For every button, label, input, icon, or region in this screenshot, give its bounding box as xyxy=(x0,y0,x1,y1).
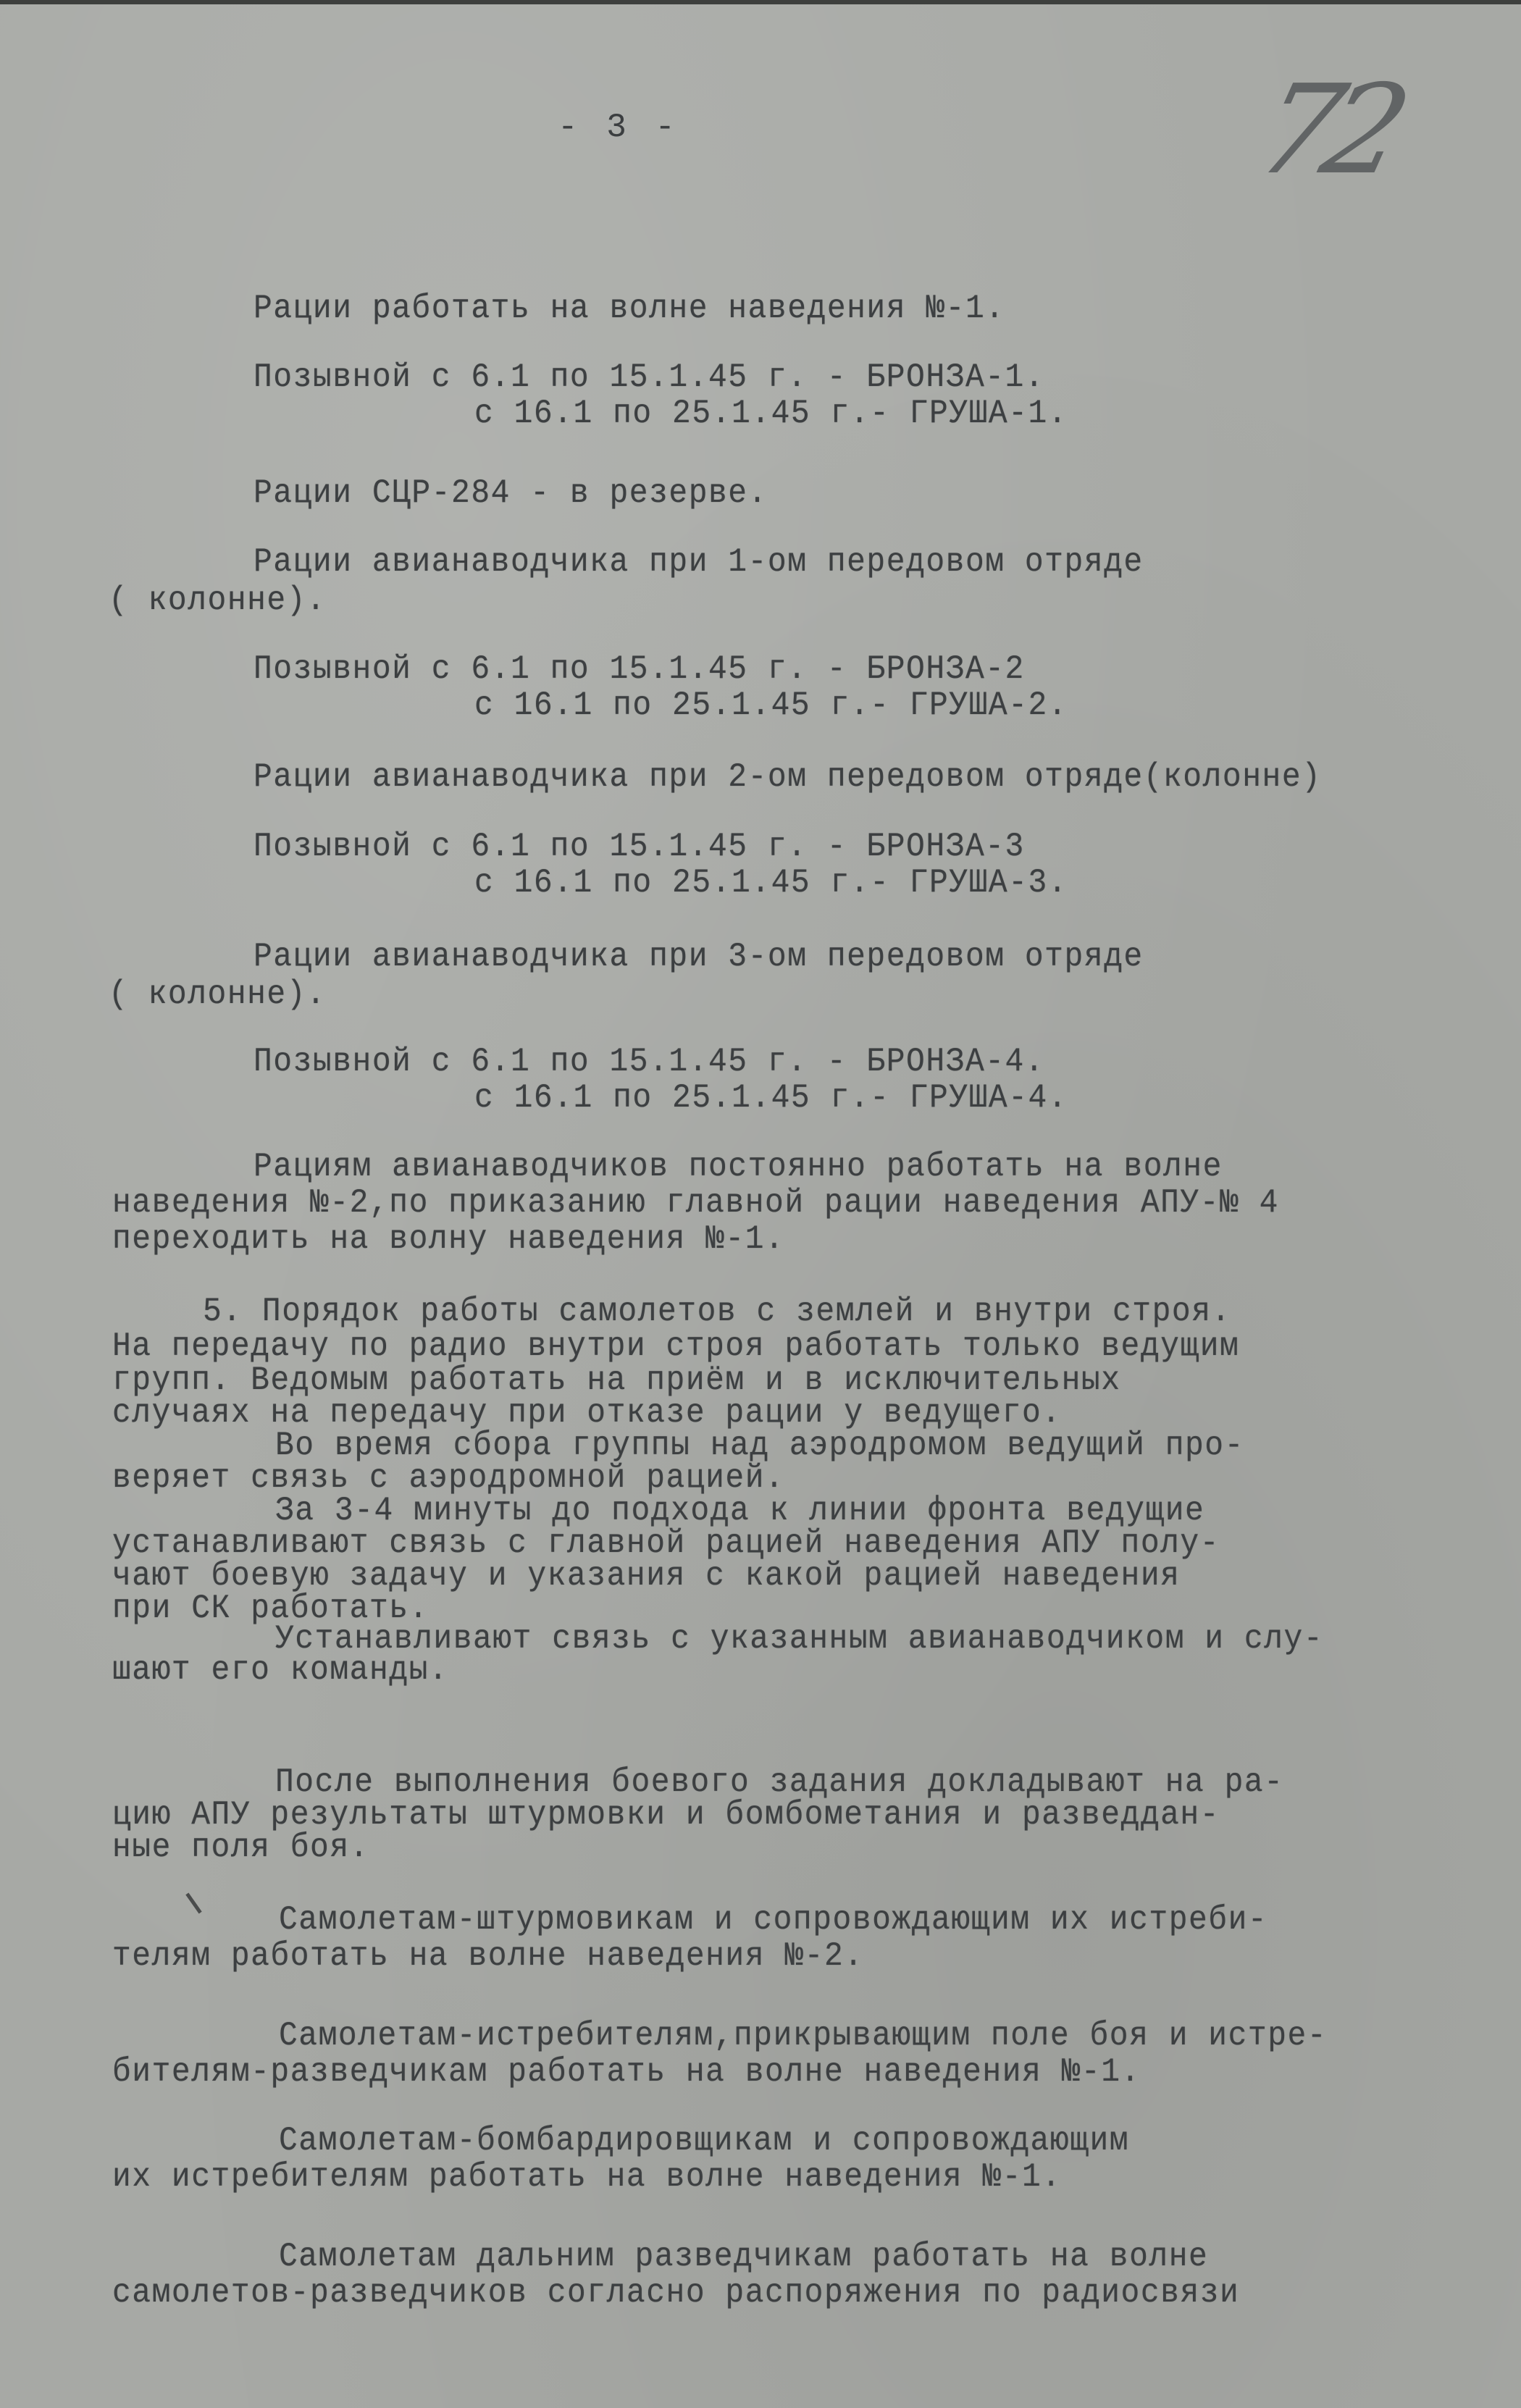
text-line: Позывной с 6.1 по 15.1.45 г. - БРОНЗА-1. xyxy=(253,358,1044,396)
scan-edge xyxy=(0,0,1521,4)
text-line: телям работать на волне наведения №-2. xyxy=(112,1937,864,1975)
text-line: с 16.1 по 25.1.45 г.- ГРУША-1. xyxy=(474,395,1068,432)
text-line: Позывной с 6.1 по 15.1.45 г. - БРОНЗА-2 xyxy=(253,650,1025,688)
text-line: с 16.1 по 25.1.45 г.- ГРУША-4. xyxy=(474,1079,1068,1117)
text-line: шают его команды. xyxy=(112,1651,448,1689)
text-line: Самолетам-истребителям,прикрывающим поле… xyxy=(279,2017,1327,2055)
text-line: Позывной с 6.1 по 15.1.45 г. - БРОНЗА-4. xyxy=(253,1043,1044,1081)
handwritten-sheet-number: 72 xyxy=(1239,51,1427,225)
text-line: ( колонне). xyxy=(109,582,326,619)
text-line: Рации авианаводчика при 2-ом передовом о… xyxy=(253,758,1321,796)
text-line: ные поля боя. xyxy=(112,1829,369,1866)
pencil-mark xyxy=(185,1892,201,1913)
text-line: Позывной с 6.1 по 15.1.45 г. - БРОНЗА-3 xyxy=(253,828,1025,865)
text-line: На передачу по радио внутри строя работа… xyxy=(112,1327,1239,1365)
text-line: Рации работать на волне наведения №-1. xyxy=(253,290,1005,327)
document-page: - 3 - 72 Рации работать на волне наведен… xyxy=(0,0,1521,2408)
text-line: с 16.1 по 25.1.45 г.- ГРУША-2. xyxy=(474,687,1068,724)
page-number: - 3 - xyxy=(558,109,679,146)
text-line: Рациям авианаводчиков постоянно работать… xyxy=(253,1148,1223,1186)
text-line: Рации авианаводчика при 1-ом передовом о… xyxy=(253,543,1144,581)
text-line: переходить на волну наведения №-1. xyxy=(112,1220,784,1258)
text-line: бителям-разведчикам работать на волне на… xyxy=(112,2053,1141,2091)
text-line: Рации СЦР-284 - в резерве. xyxy=(253,474,768,512)
text-line: самолетов-разведчиков согласно распоряже… xyxy=(112,2274,1239,2312)
text-line: Самолетам-штурмовикам и сопровождающим и… xyxy=(279,1901,1267,1939)
text-line: ( колонне). xyxy=(109,976,326,1013)
text-line: 5. Порядок работы самолетов с землей и в… xyxy=(203,1293,1231,1330)
text-line: Рации авианаводчика при 3-ом передовом о… xyxy=(253,938,1144,976)
text-line: Самолетам дальним разведчикам работать н… xyxy=(279,2238,1208,2275)
text-line: Самолетам-бомбардировщикам и сопровождаю… xyxy=(279,2122,1129,2160)
text-line: их истребителям работать на волне наведе… xyxy=(112,2158,1062,2196)
text-line: наведения №-2,по приказанию главной раци… xyxy=(112,1184,1279,1222)
text-line: с 16.1 по 25.1.45 г.- ГРУША-3. xyxy=(474,864,1068,902)
